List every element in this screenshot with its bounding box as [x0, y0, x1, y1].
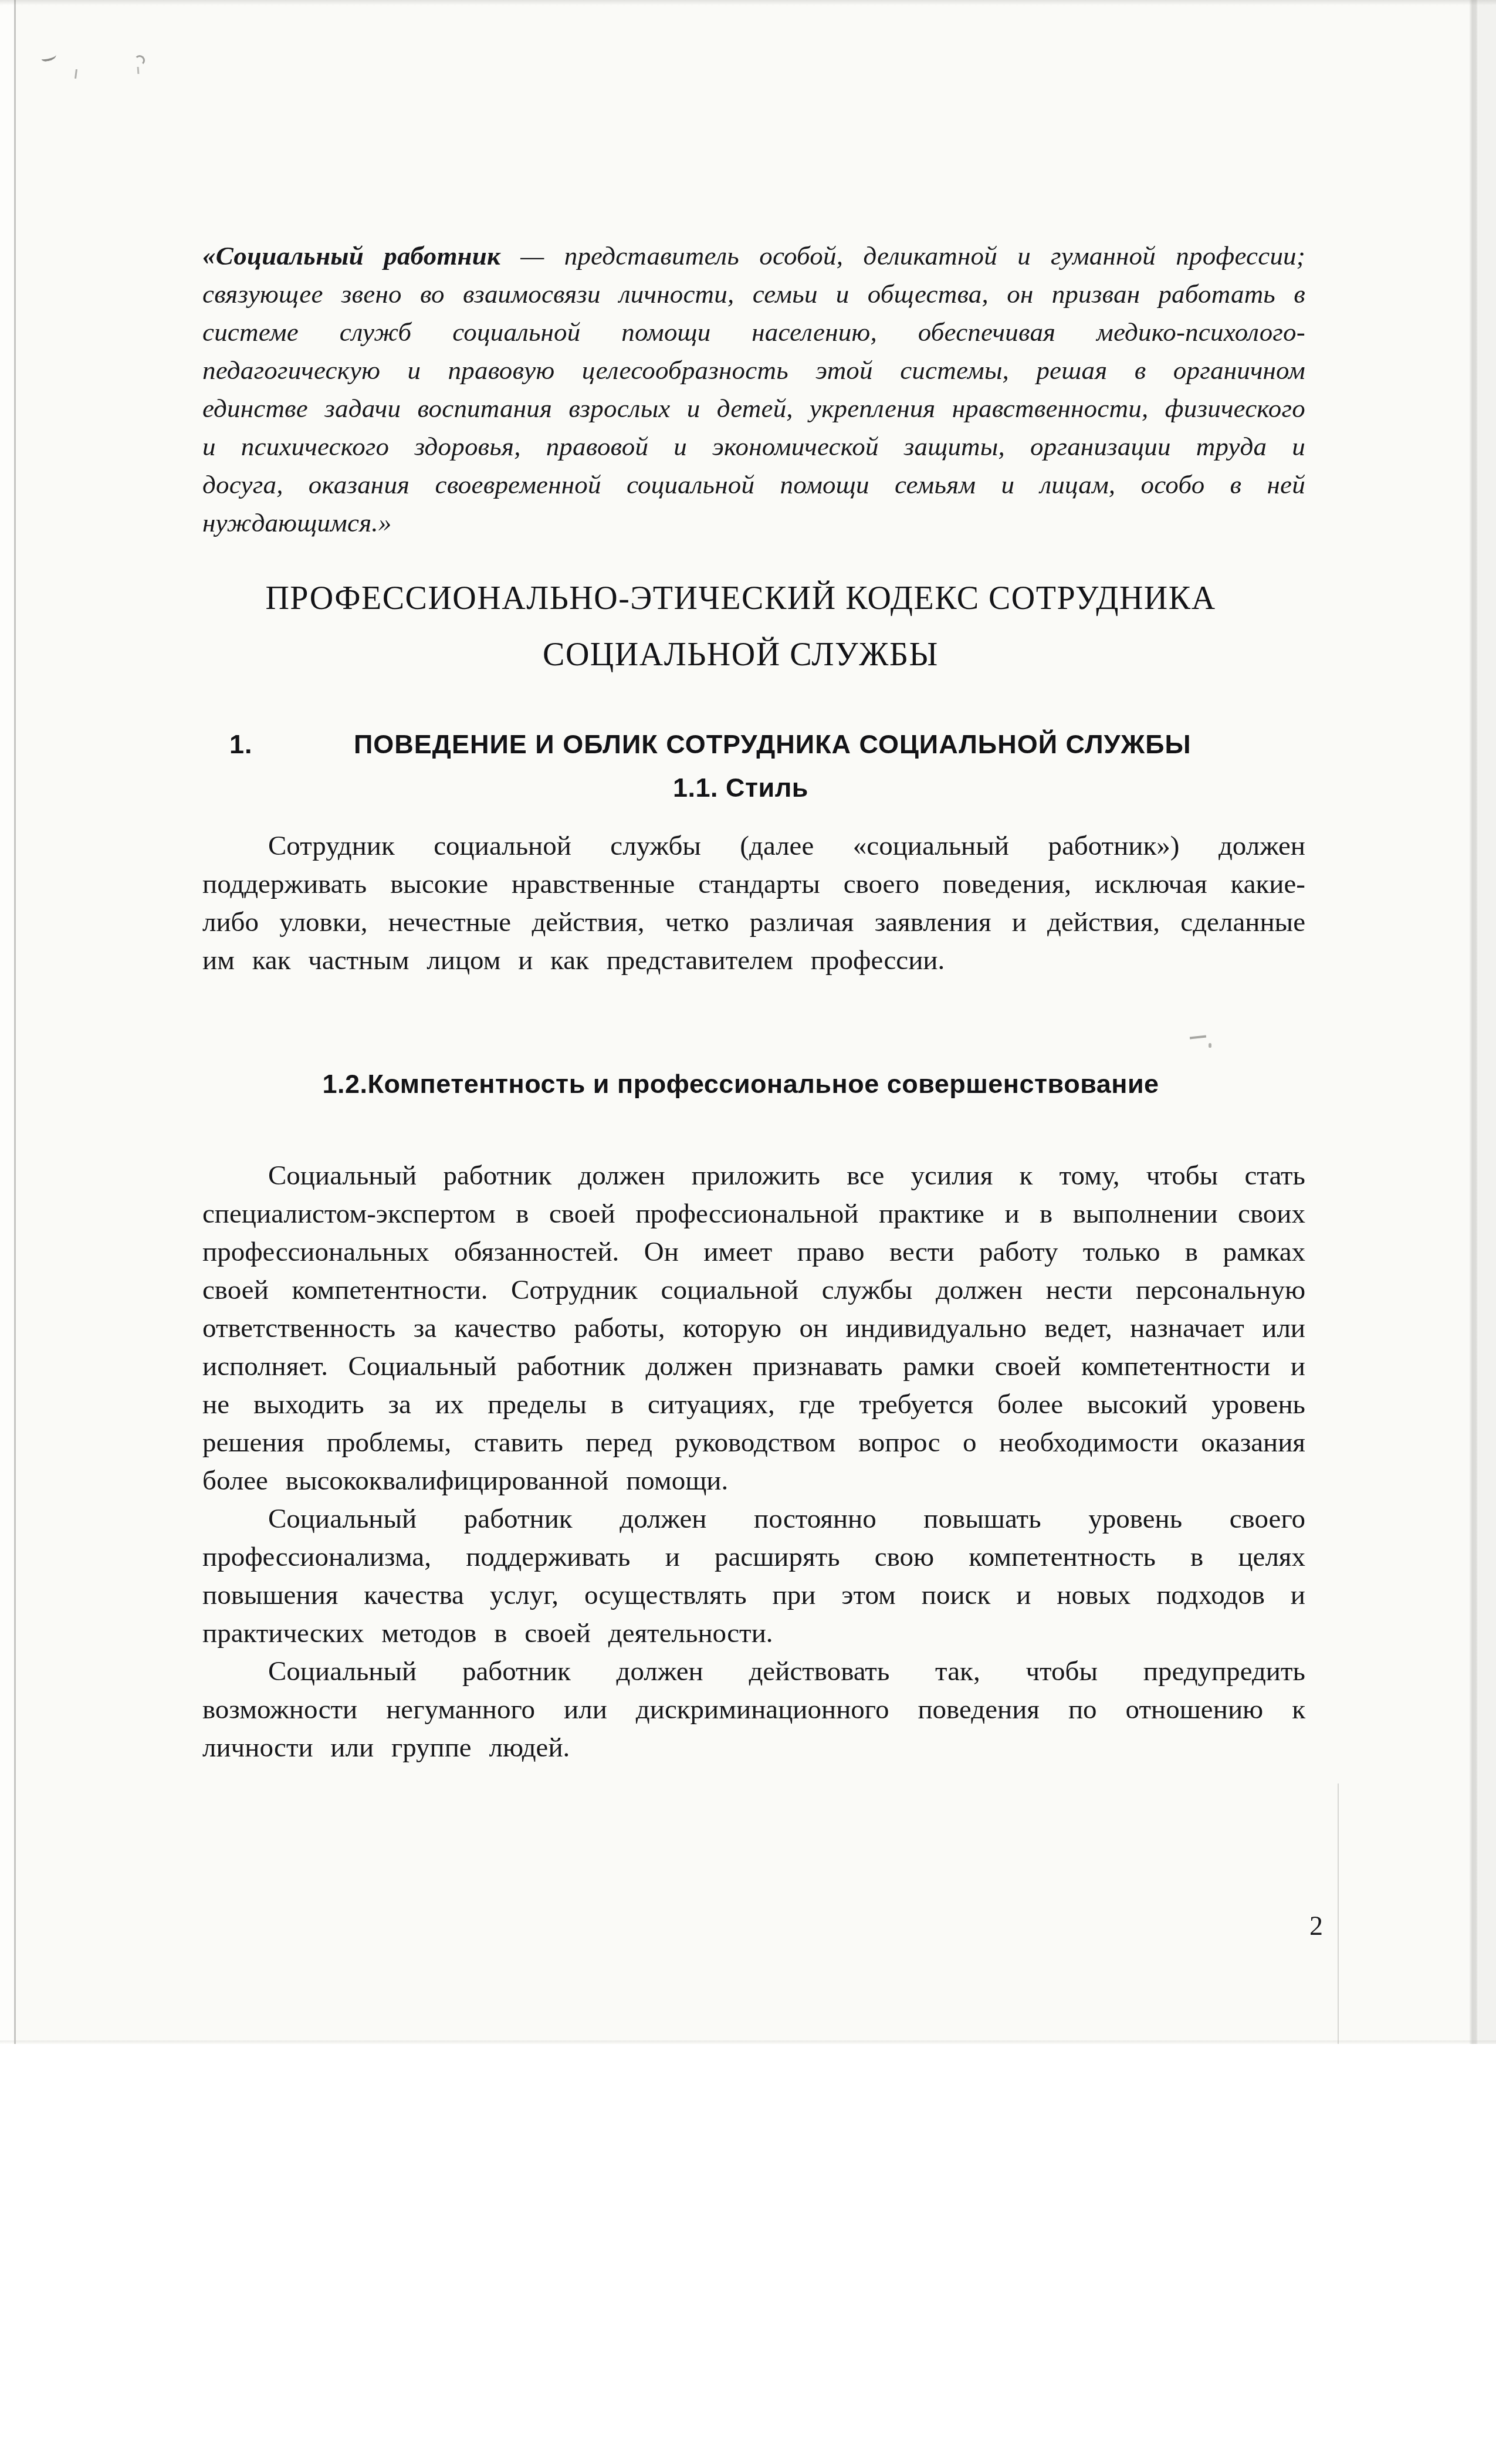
scan-margin-right [1478, 0, 1496, 2044]
scan-artifact-dash [1190, 1035, 1206, 1040]
scanned-page: «Социальный работник — представитель осо… [0, 0, 1496, 2044]
scan-edge-left-line [14, 0, 16, 2044]
scan-edge-right-shadow [1469, 0, 1478, 2044]
scan-artifact-speck [134, 55, 145, 66]
subsection-1-2-heading: 1.2.Компетентность и профессиональное со… [176, 1069, 1305, 1099]
epigraph-quote-lead: «Социальный работник [202, 241, 500, 270]
subsection-1-1-body: Сотрудник социальной службы (далее «соци… [202, 827, 1305, 980]
document-title: ПРОФЕССИОНАЛЬНО-ЭТИЧЕСКИЙ КОДЕКС СОТРУДН… [176, 570, 1305, 683]
subsection-1-1-heading: 1.1. Стиль [176, 773, 1305, 803]
section-1-label: ПОВЕДЕНИЕ И ОБЛИК СОТРУДНИКА СОЦИАЛЬНОЙ … [354, 729, 1192, 760]
scan-artifact-pen-mark [40, 52, 57, 62]
scan-artifact-pen-tick [75, 69, 77, 79]
paragraph-competence-3: Социальный работник должен действовать т… [202, 1653, 1305, 1767]
epigraph-quote: «Социальный работник — представитель осо… [202, 237, 1305, 542]
scan-artifact-dot [1209, 1043, 1211, 1048]
paragraph-competence-1: Социальный работник должен приложить все… [202, 1157, 1305, 1500]
scan-fold-line [1338, 1783, 1339, 2044]
scan-artifact-speck [137, 67, 140, 74]
document-title-line1: ПРОФЕССИОНАЛЬНО-ЭТИЧЕСКИЙ КОДЕКС СОТРУДН… [176, 570, 1305, 627]
paragraph-competence-2: Социальный работник должен постоянно пов… [202, 1500, 1305, 1653]
page-number: 2 [1309, 1911, 1323, 1941]
document-title-line2: СОЦИАЛЬНОЙ СЛУЖБЫ [176, 627, 1305, 683]
scan-margin-left [0, 0, 14, 2044]
subsection-1-2-body: Социальный работник должен приложить все… [202, 1157, 1305, 1767]
section-1-heading: 1. ПОВЕДЕНИЕ И ОБЛИК СОТРУДНИКА СОЦИАЛЬН… [202, 729, 1305, 760]
scan-bottom-edge [0, 2040, 1496, 2044]
section-1-number: 1. [229, 729, 354, 760]
scan-top-noise [0, 0, 1496, 5]
paragraph-style: Сотрудник социальной службы (далее «соци… [202, 827, 1305, 980]
epigraph-quote-body: — представитель особой, деликатной и гум… [202, 241, 1305, 537]
